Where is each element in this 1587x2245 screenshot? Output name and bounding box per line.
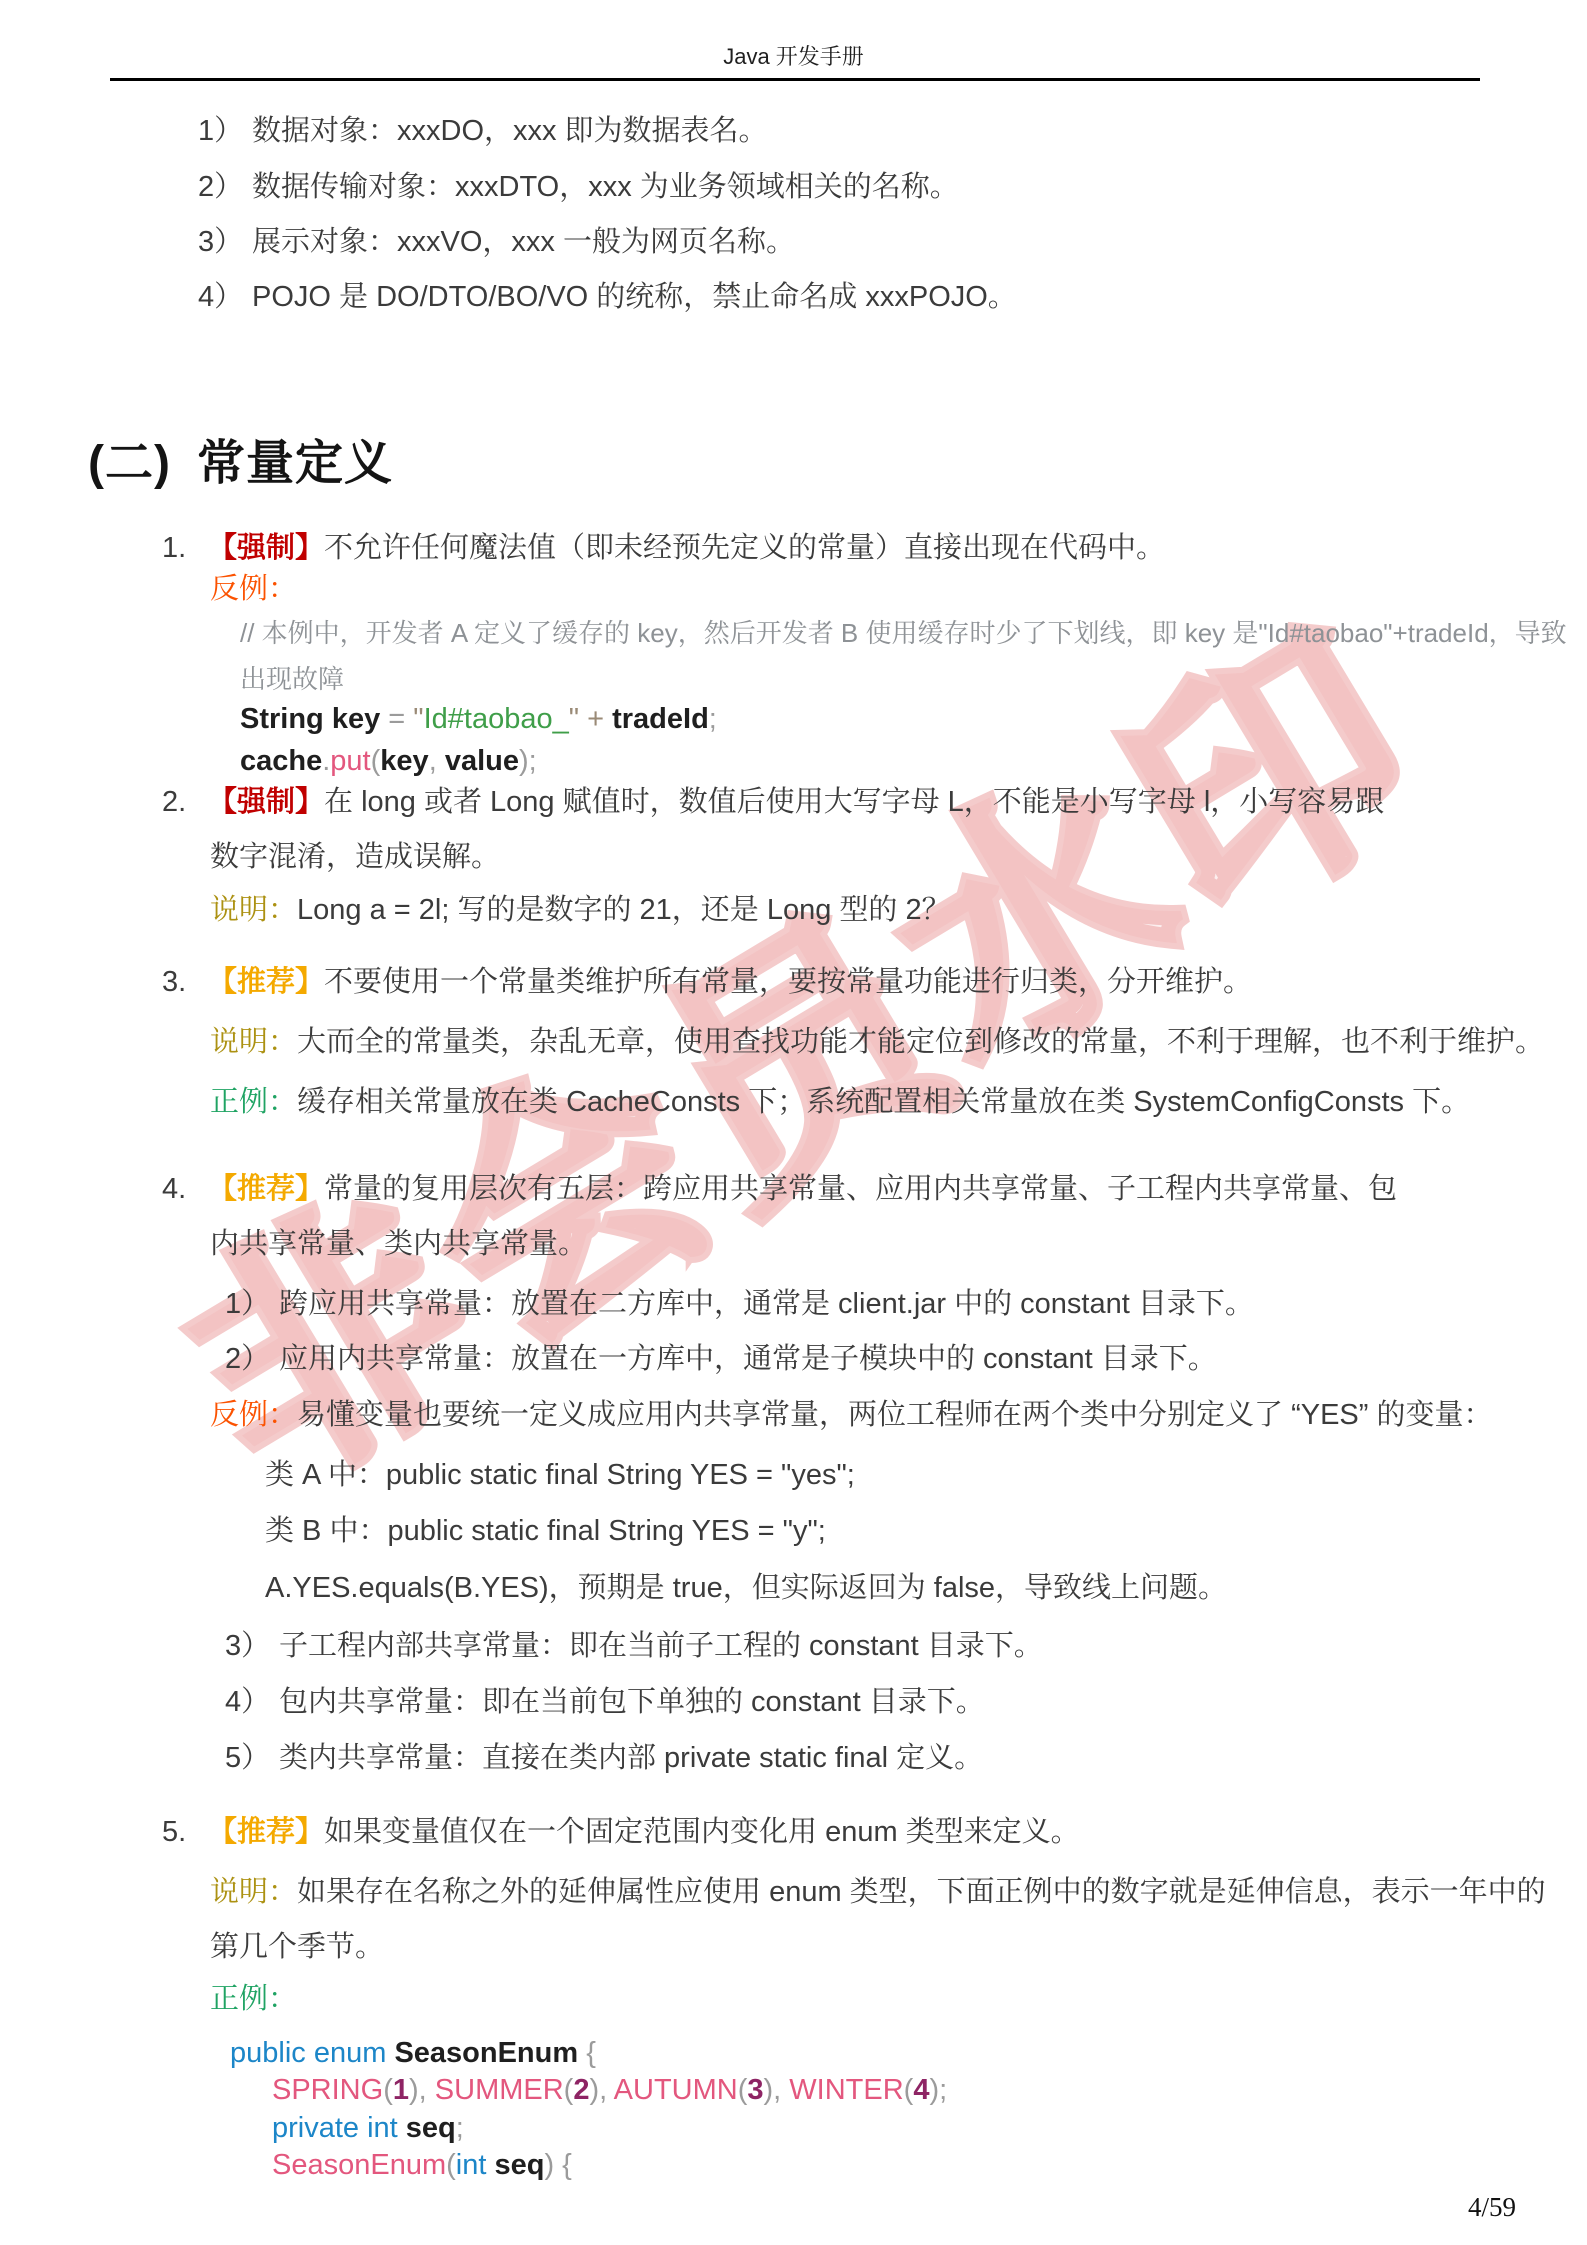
counter-example-line: 反例：易懂变量也要统一定义成应用内共享常量，两位工程师在两个类中分别定义了 “Y… bbox=[210, 1398, 1492, 1432]
rule-text: 不允许任何魔法值（即未经预先定义的常量）直接出现在代码中。 bbox=[324, 532, 1165, 564]
note-line: 说明：如果存在名称之外的延伸属性应使用 enum 类型，下面正例中的数字就是延伸… bbox=[210, 1875, 1546, 1909]
rule-text: 不要使用一个常量类维护所有常量，要按常量功能进行归类，分开维护。 bbox=[324, 966, 1252, 998]
sub-item: 3）子工程内部共享常量：即在当前子工程的 constant 目录下。 bbox=[225, 1629, 1043, 1663]
section-title: 常量定义 bbox=[197, 437, 393, 490]
note-continuation: 第几个季节。 bbox=[210, 1930, 384, 1964]
list-marker: 1） bbox=[225, 1287, 279, 1321]
code-line: SPRING(1), SUMMER(2), AUTUMN(3), WINTER(… bbox=[272, 2073, 947, 2107]
list-marker: 5） bbox=[225, 1741, 279, 1775]
note-label: 说明： bbox=[210, 894, 297, 926]
rule-1-heading: 1.【强制】不允许任何魔法值（即未经预先定义的常量）直接出现在代码中。 bbox=[162, 531, 1165, 565]
rule-number: 1. bbox=[162, 531, 208, 565]
rule-text: 常量的复用层次有五层：跨应用共享常量、应用内共享常量、子工程内共享常量、包 bbox=[324, 1173, 1397, 1205]
document-page: 非会员水印 Java 开发手册 1）数据对象：xxxDO，xxx 即为数据表名。… bbox=[0, 0, 1587, 2245]
example-line: A.YES.equals(B.YES)，预期是 true，但实际返回为 fals… bbox=[265, 1571, 1227, 1605]
intro-item: 2）数据传输对象：xxxDTO，xxx 为业务领域相关的名称。 bbox=[198, 170, 959, 204]
list-text: 跨应用共享常量：放置在二方库中，通常是 client.jar 中的 consta… bbox=[279, 1288, 1254, 1320]
section-number: (二) bbox=[88, 437, 171, 490]
doc-title: Java 开发手册 bbox=[0, 40, 1587, 71]
counter-example-text: 易懂变量也要统一定义成应用内共享常量，两位工程师在两个类中分别定义了 “YES”… bbox=[297, 1399, 1492, 1431]
note-text: 大而全的常量类，杂乱无章，使用查找功能才能定位到修改的常量，不利于理解，也不利于… bbox=[297, 1026, 1544, 1058]
header-divider bbox=[110, 78, 1480, 81]
list-marker: 3） bbox=[198, 225, 252, 259]
positive-example-line: 正例：缓存相关常量放在类 CacheConsts 下；系统配置相关常量放在类 S… bbox=[210, 1085, 1470, 1119]
list-marker: 1） bbox=[198, 114, 252, 148]
list-text: POJO 是 DO/DTO/BO/VO 的统称，禁止命名成 xxxPOJO。 bbox=[252, 281, 1017, 313]
note-text: 如果存在名称之外的延伸属性应使用 enum 类型，下面正例中的数字就是延伸信息，… bbox=[297, 1876, 1546, 1908]
note-line: 说明：Long a = 2l; 写的是数字的 21，还是 Long 型的 2？ bbox=[210, 893, 951, 927]
sub-item: 4）包内共享常量：即在当前包下单独的 constant 目录下。 bbox=[225, 1685, 985, 1719]
list-text: 数据传输对象：xxxDTO，xxx 为业务领域相关的名称。 bbox=[252, 171, 959, 203]
rule-number: 2. bbox=[162, 785, 208, 819]
note-text: Long a = 2l; 写的是数字的 21，还是 Long 型的 2？ bbox=[297, 894, 951, 926]
note-label: 说明： bbox=[210, 1876, 297, 1908]
list-text: 展示对象：xxxVO，xxx 一般为网页名称。 bbox=[252, 226, 795, 258]
list-marker: 4） bbox=[198, 280, 252, 314]
example-line: 类 B 中：public static final String YES = "… bbox=[265, 1514, 826, 1548]
list-text: 数据对象：xxxDO，xxx 即为数据表名。 bbox=[252, 115, 768, 147]
intro-item: 3）展示对象：xxxVO，xxx 一般为网页名称。 bbox=[198, 225, 795, 259]
severity-tag-recommended: 【推荐】 bbox=[208, 1816, 324, 1848]
list-marker: 2） bbox=[198, 170, 252, 204]
sub-item: 2）应用内共享常量：放置在一方库中，通常是子模块中的 constant 目录下。 bbox=[225, 1342, 1217, 1376]
severity-tag-mandatory: 【强制】 bbox=[208, 786, 324, 818]
code-line: SeasonEnum(int seq) { bbox=[272, 2148, 572, 2182]
severity-tag-mandatory: 【强制】 bbox=[208, 532, 324, 564]
rule-text: 如果变量值仅在一个固定范围内变化用 enum 类型来定义。 bbox=[324, 1816, 1080, 1848]
list-marker: 2） bbox=[225, 1342, 279, 1376]
code-line: cache.put(key, value); bbox=[240, 744, 537, 778]
counter-example-label: 反例： bbox=[210, 1399, 297, 1431]
positive-example-label: 正例： bbox=[210, 1982, 297, 2016]
rule-number: 3. bbox=[162, 965, 208, 999]
rule-number: 4. bbox=[162, 1172, 208, 1206]
list-text: 子工程内部共享常量：即在当前子工程的 constant 目录下。 bbox=[279, 1630, 1043, 1662]
counter-example-label: 反例： bbox=[210, 572, 297, 606]
rule-text-continuation: 数字混淆，造成误解。 bbox=[210, 840, 500, 874]
rule-4-heading: 4.【推荐】常量的复用层次有五层：跨应用共享常量、应用内共享常量、子工程内共享常… bbox=[162, 1172, 1397, 1206]
code-line: private int seq; bbox=[272, 2111, 464, 2145]
code-comment-line: 出现故障 bbox=[240, 662, 344, 696]
positive-example-text: 缓存相关常量放在类 CacheConsts 下；系统配置相关常量放在类 Syst… bbox=[297, 1086, 1470, 1118]
list-text: 应用内共享常量：放置在一方库中，通常是子模块中的 constant 目录下。 bbox=[279, 1343, 1217, 1375]
severity-tag-recommended: 【推荐】 bbox=[208, 1173, 324, 1205]
page-number: 4/59 bbox=[1468, 2192, 1516, 2223]
intro-item: 4）POJO 是 DO/DTO/BO/VO 的统称，禁止命名成 xxxPOJO。 bbox=[198, 280, 1017, 314]
list-marker: 3） bbox=[225, 1629, 279, 1663]
rule-2-heading: 2.【强制】在 long 或者 Long 赋值时，数值后使用大写字母 L，不能是… bbox=[162, 785, 1384, 819]
rule-5-heading: 5.【推荐】如果变量值仅在一个固定范围内变化用 enum 类型来定义。 bbox=[162, 1815, 1080, 1849]
list-marker: 4） bbox=[225, 1685, 279, 1719]
severity-tag-recommended: 【推荐】 bbox=[208, 966, 324, 998]
rule-text-continuation: 内共享常量、类内共享常量。 bbox=[210, 1227, 587, 1261]
rule-number: 5. bbox=[162, 1815, 208, 1849]
code-line: String key = "Id#taobao_" + tradeId; bbox=[240, 702, 717, 736]
sub-item: 1）跨应用共享常量：放置在二方库中，通常是 client.jar 中的 cons… bbox=[225, 1287, 1254, 1321]
list-text: 类内共享常量：直接在类内部 private static final 定义。 bbox=[279, 1742, 983, 1774]
section-heading: (二)常量定义 bbox=[88, 424, 393, 493]
note-line: 说明：大而全的常量类，杂乱无章，使用查找功能才能定位到修改的常量，不利于理解，也… bbox=[210, 1025, 1544, 1059]
example-line: 类 A 中：public static final String YES = "… bbox=[265, 1458, 855, 1492]
code-comment-line: // 本例中，开发者 A 定义了缓存的 key，然后开发者 B 使用缓存时少了下… bbox=[240, 616, 1567, 650]
sub-item: 5）类内共享常量：直接在类内部 private static final 定义。 bbox=[225, 1741, 983, 1775]
positive-example-label: 正例： bbox=[210, 1086, 297, 1118]
intro-item: 1）数据对象：xxxDO，xxx 即为数据表名。 bbox=[198, 114, 768, 148]
code-line: public enum SeasonEnum { bbox=[230, 2036, 596, 2070]
note-label: 说明： bbox=[210, 1026, 297, 1058]
rule-text: 在 long 或者 Long 赋值时，数值后使用大写字母 L，不能是小写字母 l… bbox=[324, 786, 1384, 818]
list-text: 包内共享常量：即在当前包下单独的 constant 目录下。 bbox=[279, 1686, 985, 1718]
rule-3-heading: 3.【推荐】不要使用一个常量类维护所有常量，要按常量功能进行归类，分开维护。 bbox=[162, 965, 1252, 999]
